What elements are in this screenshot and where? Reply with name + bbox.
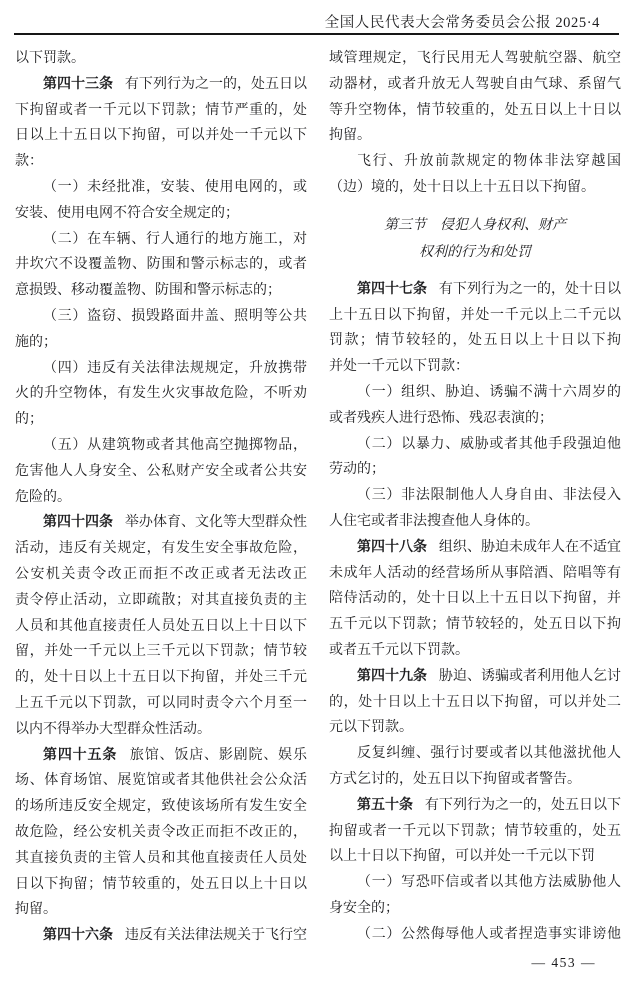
header-rule: [14, 33, 619, 35]
text-line: 飞行、升放前款规定的物体非法穿越国: [329, 149, 621, 175]
text-line: 第五十条有下列行为之一的，处五日以下: [329, 793, 621, 819]
text-line: 其直接负责的主管人员和其他直接责任人员处五: [15, 846, 307, 872]
text-line: 第四十八条组织、胁迫未成年人在不适宜: [329, 535, 621, 561]
text-line: 域管理规定，飞行民用无人驾驶航空器、航空运: [329, 46, 621, 72]
text-line: 拘留。: [329, 123, 621, 149]
text-line: （一）未经批准，安装、使用电网的，或者: [15, 175, 307, 201]
text-line: 的场所违反安全规定，致使该场所有发生安全事: [15, 794, 307, 820]
text-line: 未成年人活动的经营场所从事陪酒、陪唱等有偿: [329, 561, 621, 587]
text-line: 第四十七条有下列行为之一的，处十日以: [329, 277, 621, 303]
text-line: 意损毁、移动覆盖物、防围和警示标志的；: [15, 278, 307, 304]
article-number: 第四十八条: [357, 540, 427, 555]
text-line: （二）以暴力、威胁或者其他手段强迫他人: [329, 432, 621, 458]
text-line: 留，并处一千元以上三千元以下罚款；情节较重: [15, 639, 307, 665]
text-line: 人住宅或者非法搜查他人身体的。: [329, 509, 621, 535]
text-line: 罚款；情节较轻的，处五日以上十日以下拘留，: [329, 328, 621, 354]
text-line: 或者残疾人进行恐怖、残忍表演的；: [329, 406, 621, 432]
text-line: 反复纠缠、强行讨要或者以其他滋扰他人的: [329, 741, 621, 767]
text-line: 责令停止活动，立即疏散；对其直接负责的主管: [15, 588, 307, 614]
text-line: 下拘留或者一千元以下罚款；情节严重的，处十: [15, 98, 307, 124]
text-columns: 以下罚款。第四十三条有下列行为之一的，处五日以下拘留或者一千元以下罚款；情节严重…: [15, 46, 621, 949]
text-line: 以上十日以下拘留，可以并处一千元以下罚款：: [329, 844, 621, 870]
text-line: 活动，违反有关规定，有发生安全事故危险，经: [15, 536, 307, 562]
text-line: 第四十九条胁迫、诱骗或者利用他人乞讨: [329, 664, 621, 690]
left-column: 以下罚款。第四十三条有下列行为之一的，处五日以下拘留或者一千元以下罚款；情节严重…: [15, 46, 307, 949]
page-number: — 453 —: [532, 955, 597, 971]
text-line: 陪侍活动的，处十日以上十五日以下拘留，并处: [329, 586, 621, 612]
text-line: （边）境的，处十日以上十五日以下拘留。: [329, 175, 621, 201]
text-line: 五千元以下罚款；情节较轻的，处五日以下拘留: [329, 612, 621, 638]
text-line: 上五千元以下罚款，可以同时责令六个月至一年: [15, 691, 307, 717]
text-line: 危害他人人身安全、公私财产安全或者公共安全: [15, 459, 307, 485]
text-line: 公安机关责令改正而拒不改正或者无法改正的，: [15, 562, 307, 588]
text-line: （三）非法限制他人人身自由、非法侵入他: [329, 483, 621, 509]
text-line: 第四十五条旅馆、饭店、影剧院、娱乐: [15, 743, 307, 769]
text-line: 拘留或者一千元以下罚款；情节较重的，处五日: [329, 819, 621, 845]
article-number: 第四十四条: [43, 515, 113, 530]
text-line: 以下罚款。: [15, 46, 307, 72]
text-line: 或者五千元以下罚款。: [329, 638, 621, 664]
text-line: 的，处十日以上十五日以下拘留，可以并处二千: [329, 690, 621, 716]
text-line: 第四十六条违反有关法律法规关于飞行空: [15, 923, 307, 949]
text-line: 并处一千元以下罚款：: [329, 354, 621, 380]
text-line: （四）违反有关法律法规规定，升放携带明: [15, 356, 307, 382]
text-line: （二）公然侮辱他人或者捏造事实诽谤他人: [329, 922, 621, 948]
text-line: 井坎穴不设覆盖物、防围和警示标志的，或者故: [15, 252, 307, 278]
text-line: 上十五日以下拘留，并处一千元以上二千元以下: [329, 303, 621, 329]
article-number: 第四十六条: [43, 928, 113, 943]
text-line: 安装、使用电网不符合安全规定的；: [15, 201, 307, 227]
text-line: 的；: [15, 407, 307, 433]
text-line: 施的；: [15, 330, 307, 356]
article-number: 第四十九条: [357, 669, 427, 684]
text-line: 身安全的；: [329, 896, 621, 922]
text-line: 拘留。: [15, 897, 307, 923]
text-line: 动器材，或者升放无人驾驶自由气球、系留气球: [329, 72, 621, 98]
text-line: 场、体育场馆、展览馆或者其他供社会公众活动: [15, 768, 307, 794]
text-line: 的，处十日以上十五日以下拘留，并处三千元以: [15, 665, 307, 691]
article-number: 第四十七条: [357, 282, 427, 297]
text-line: 日以下拘留；情节较重的，处五日以上十日以下: [15, 872, 307, 898]
text-line: 故危险，经公安机关责令改正而拒不改正的，对: [15, 820, 307, 846]
text-line: 劳动的；: [329, 457, 621, 483]
text-line: 以内不得举办大型群众性活动。: [15, 717, 307, 743]
right-column: 域管理规定，飞行民用无人驾驶航空器、航空运动器材，或者升放无人驾驶自由气球、系留…: [329, 46, 621, 949]
text-line: （二）在车辆、行人通行的地方施工，对沟: [15, 227, 307, 253]
text-line: 人员和其他直接责任人员处五日以上十日以下拘: [15, 614, 307, 640]
article-number: 第四十五条: [43, 748, 117, 763]
text-line: 元以下罚款。: [329, 715, 621, 741]
journal-title: 全国人民代表大会常务委员会公报 2025·4: [325, 11, 600, 32]
article-number: 第四十三条: [43, 77, 113, 92]
article-number: 第五十条: [357, 798, 413, 813]
section-heading-line: 第三节 侵犯人身权利、财产: [329, 212, 621, 239]
text-line: 火的升空物体，有发生火灾事故危险，不听劝阻: [15, 381, 307, 407]
text-line: 危险的。: [15, 485, 307, 511]
text-line: 第四十四条举办体育、文化等大型群众性: [15, 510, 307, 536]
text-line: （五）从建筑物或者其他高空抛掷物品，有: [15, 433, 307, 459]
text-line: 日以上十五日以下拘留，可以并处一千元以下罚: [15, 123, 307, 149]
document-page: 全国人民代表大会常务委员会公报 2025·4 以下罚款。第四十三条有下列行为之一…: [0, 0, 640, 986]
section-heading-line: 权利的行为和处罚: [329, 239, 621, 266]
text-line: 款：: [15, 149, 307, 175]
text-line: 等升空物体，情节较重的，处五日以上十日以下: [329, 98, 621, 124]
text-line: 方式乞讨的，处五日以下拘留或者警告。: [329, 767, 621, 793]
text-line: （三）盗窃、损毁路面井盖、照明等公共设: [15, 304, 307, 330]
text-line: （一）写恐吓信或者以其他方法威胁他人人: [329, 870, 621, 896]
text-line: （一）组织、胁迫、诱骗不满十六周岁的人: [329, 380, 621, 406]
text-line: 第四十三条有下列行为之一的，处五日以: [15, 72, 307, 98]
